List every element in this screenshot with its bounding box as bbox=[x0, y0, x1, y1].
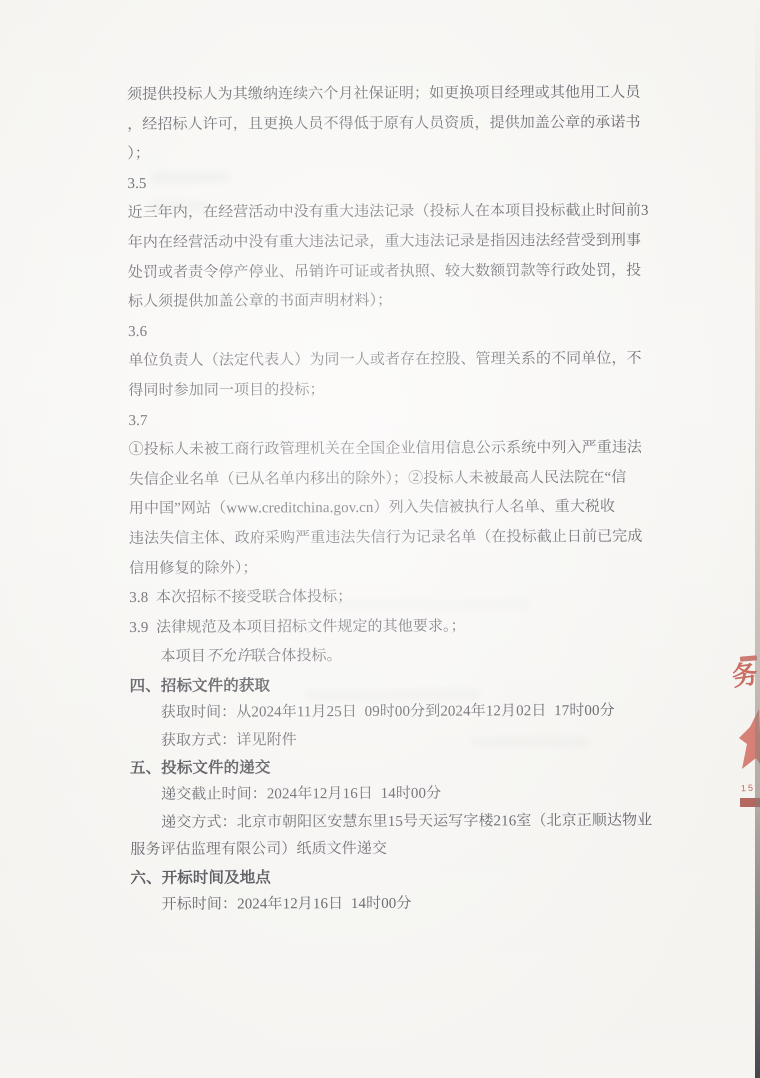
section-5-heading: 五、投标文件的递交 bbox=[130, 753, 646, 783]
clause-3-8: 3.8 本次招标不接受联合体投标； bbox=[129, 582, 645, 614]
clause-3-7-line: 信用修复的除外）； bbox=[129, 552, 645, 584]
clause-3-6-line: 单位负责人（法定代表人）为同一人或者存在控股、管理关系的不同单位，不 bbox=[128, 345, 644, 377]
section-5-deadline: 递交截止时间：2024年12月16日 14时00分 bbox=[130, 780, 646, 810]
scanned-document-page: 须提供投标人为其缴纳连续六个月社保证明；如更换项目经理或其他用工人员 ，经招标人… bbox=[0, 0, 760, 1078]
clause-number-3-6: 3.6 bbox=[128, 315, 644, 347]
clause-number-3-7: 3.7 bbox=[128, 404, 644, 436]
section-4-obtain-time: 获取时间：从2024年11月25日 09时00分到2024年12月02日 17时… bbox=[130, 698, 646, 728]
section-4-heading: 四、招标文件的获取 bbox=[130, 671, 646, 701]
clause-3-6-line: 得同时参加同一项目的投标； bbox=[128, 375, 644, 407]
clause-3-9: 3.9 法律规范及本项目招标文件规定的其他要求。； bbox=[129, 611, 645, 643]
note-prefix: 本项目 bbox=[160, 649, 205, 665]
section-4-obtain-method: 获取方式：详见附件 bbox=[130, 725, 646, 755]
document-body: 须提供投标人为其缴纳连续六个月社保证明；如更换项目经理或其他用工人员 ，经招标人… bbox=[127, 79, 647, 920]
clause-3-7-line: 用中国”网站（www.creditchina.gov.cn）列入失信被执行人名单… bbox=[129, 493, 645, 525]
joint-venture-note: 本项目不允许联合体投标。 bbox=[129, 641, 645, 673]
clause-3-7-line: 失信企业名单（已从名单内移出的除外）；②投标人未被最高人民法院在“信 bbox=[129, 463, 645, 495]
clause-3-4-line: 须提供投标人为其缴纳连续六个月社保证明；如更换项目经理或其他用工人员 bbox=[127, 79, 643, 111]
clause-3-4-line: ，经招标人许可，且更换人员不得低于原有人员资质，提供加盖公章的承诺书 bbox=[127, 108, 643, 140]
notice-sections: 四、招标文件的获取 获取时间：从2024年11月25日 09时00分到2024年… bbox=[130, 671, 647, 920]
clause-3-7-line: ①投标人未被工商行政管理机关在全国企业信用信息公示系统中列入严重违法 bbox=[129, 434, 645, 466]
section-5-delivery-line: 递交方式：北京市朝阳区安慧东里15号天运写字楼216室（北京正顺达物业 bbox=[130, 808, 646, 838]
section-6-open-time: 开标时间：2024年12月16日 14时00分 bbox=[131, 890, 647, 920]
clause-3-7-line: 违法失信主体、政府采购严重违法失信行为记录名单（在投标截止日前已完成 bbox=[129, 523, 645, 555]
clause-3-5-line: 标人须提供加盖公章的书面声明材料）； bbox=[128, 286, 644, 318]
clause-number-3-5: 3.5 bbox=[127, 168, 643, 200]
seal-digits: 15 bbox=[741, 783, 756, 794]
clause-3-5-line: 处罚或者责令停产停业、吊销许可证或者执照、较大数额罚款等行政处罚，投 bbox=[128, 256, 644, 288]
note-emphasis: 不允许 bbox=[206, 649, 251, 665]
page-edge-shadow bbox=[755, 0, 760, 1078]
clause-3-5-line: 近三年内，在经营活动中没有重大违法记录（投标人在本项目投标截止时间前3 bbox=[128, 197, 644, 229]
section-5-delivery-line: 服务评估监理有限公司）纸质文件递交 bbox=[130, 835, 646, 865]
clause-3-4-line: ）； bbox=[127, 138, 643, 170]
section-6-heading: 六、开标时间及地点 bbox=[130, 862, 646, 892]
clause-3-5-line: 年内在经营活动中没有重大违法记录，重大违法记录是指因违法经营受到刑事 bbox=[128, 227, 644, 259]
note-suffix: 联合体投标。 bbox=[251, 648, 342, 664]
